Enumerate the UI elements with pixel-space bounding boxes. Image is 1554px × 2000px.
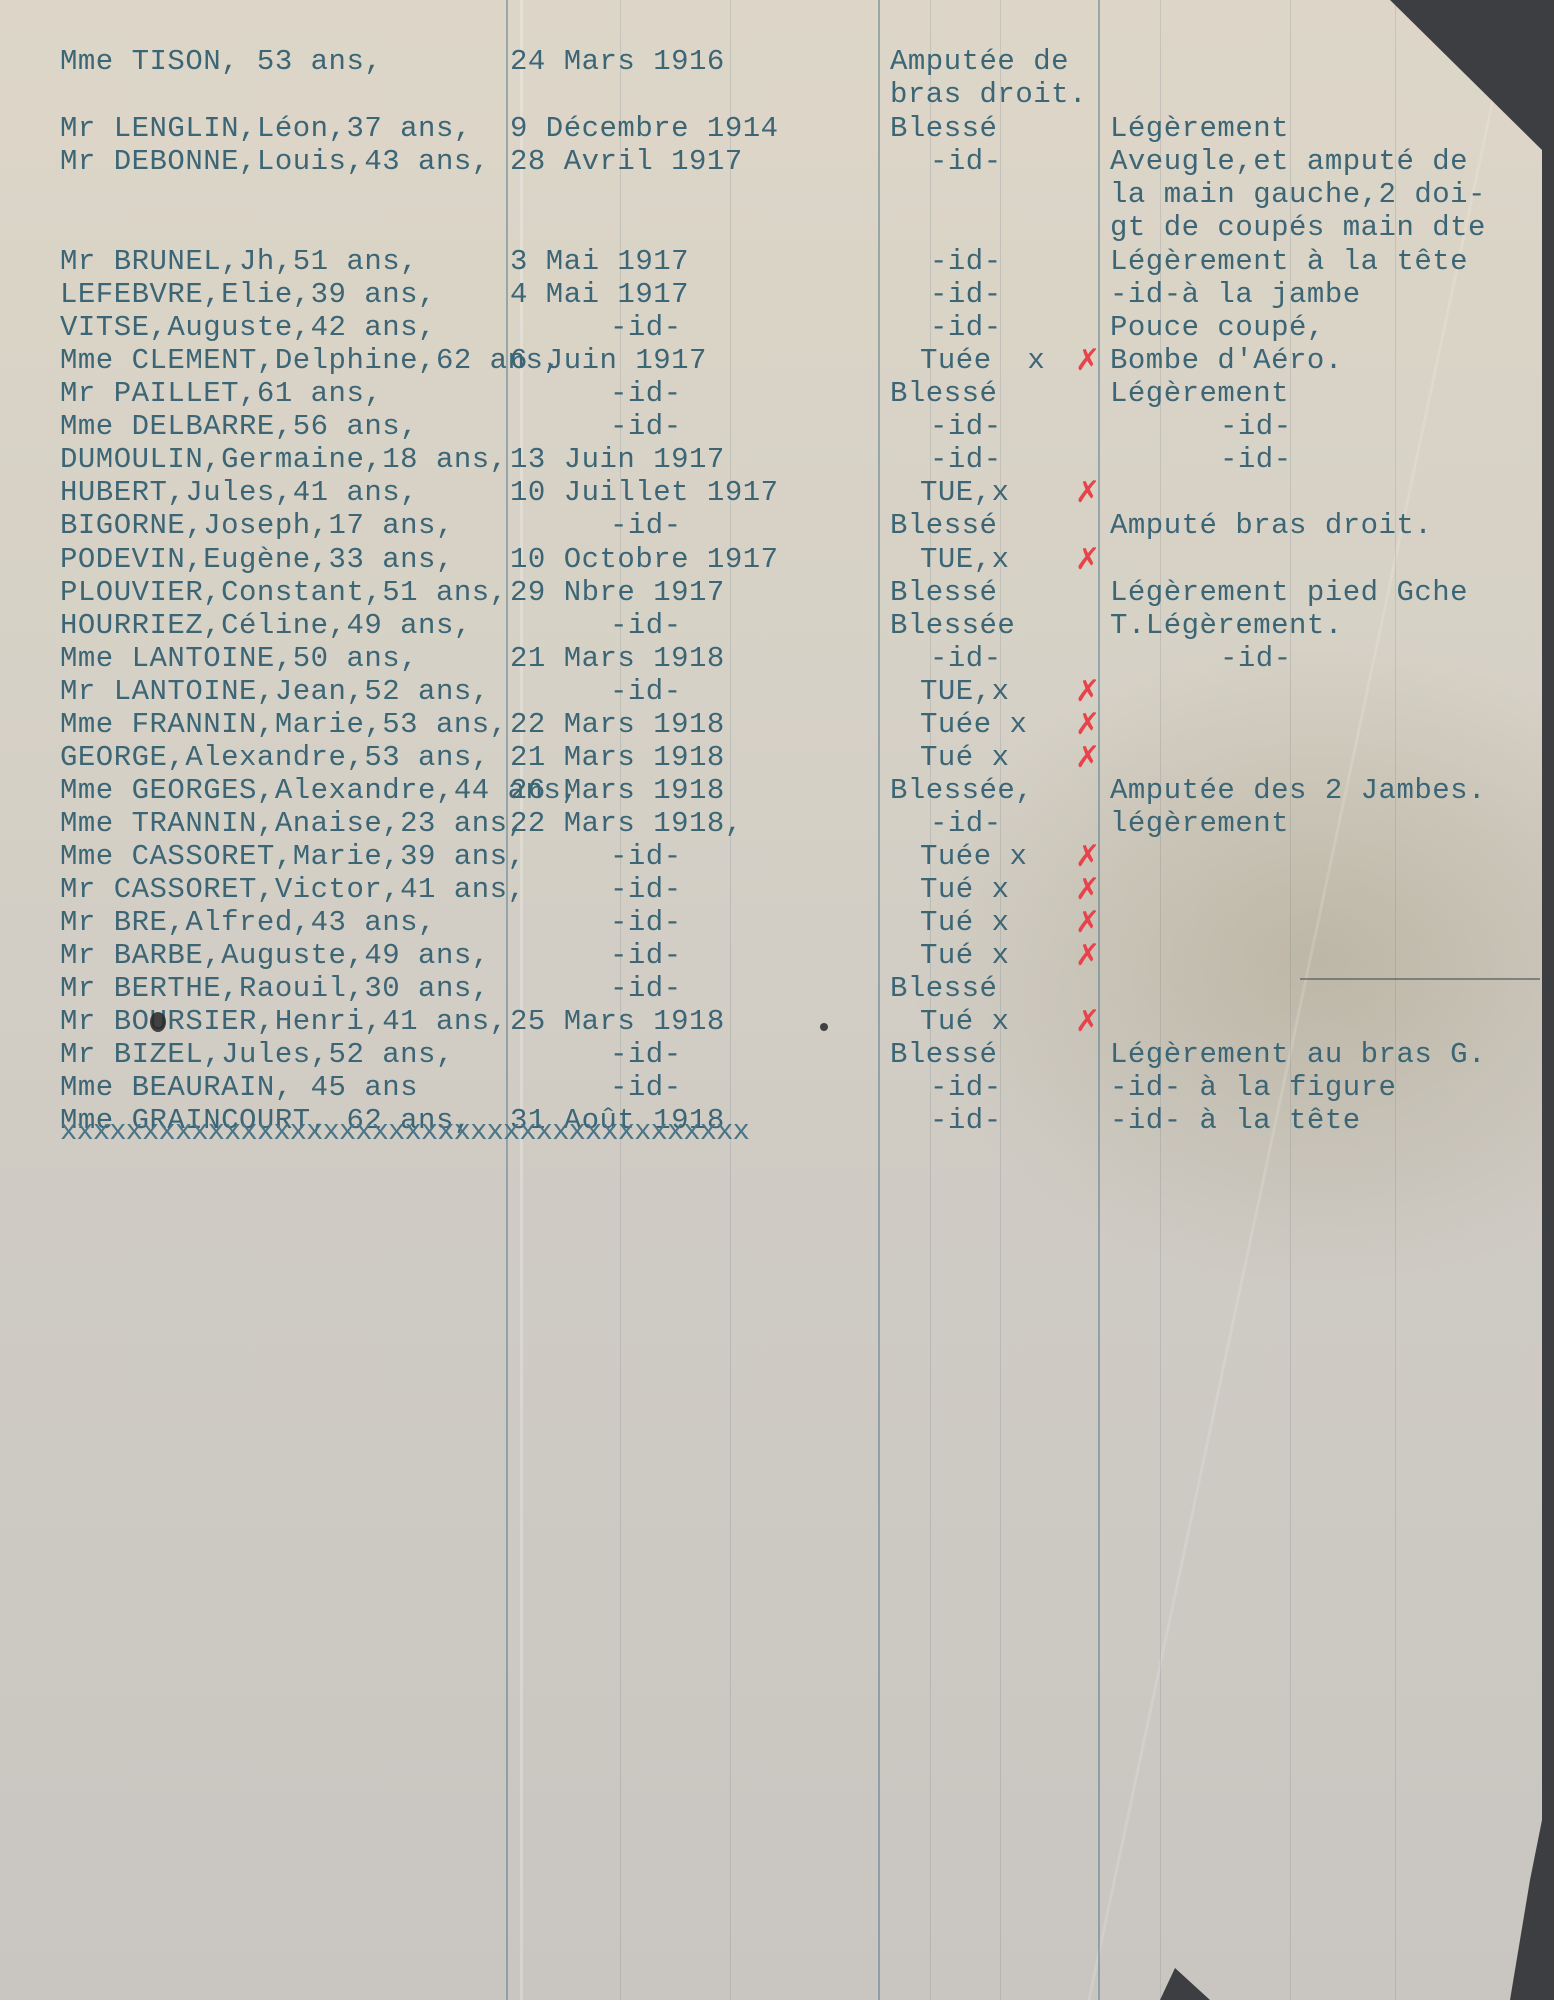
incident-date: 24 Mars 1916 [510, 45, 725, 78]
incident-date: -id- [610, 972, 682, 1005]
table-row: la main gauche,2 doi- [0, 178, 1554, 211]
injury-detail: légèrement [1110, 807, 1289, 840]
table-row: Mr CASSORET,Victor,41 ans,-id-Tué x✗ [0, 873, 1554, 906]
incident-date: 3 Mai 1917 [510, 245, 689, 278]
casualty-status: Tué x [920, 939, 1010, 972]
struck-out-line: xxxxxxxxxxxxxxxxxxxxxxxxxxxxxxxxxxxxxxxx… [60, 1115, 749, 1148]
casualty-status: -id- [930, 443, 1002, 476]
casualty-status: TUE,x [920, 543, 1010, 576]
incident-date: -id- [610, 509, 682, 542]
victim-name: GEORGE,Alexandre,53 ans, [60, 741, 490, 774]
incident-date: 22 Mars 1918, [510, 807, 743, 840]
incident-date: 29 Nbre 1917 [510, 576, 725, 609]
paper-tear [1300, 978, 1540, 980]
victim-name: Mme TISON, 53 ans, [60, 45, 382, 78]
incident-date: -id- [610, 609, 682, 642]
incident-date: -id- [610, 840, 682, 873]
red-cross-mark-icon: ✗ [1075, 840, 1101, 873]
table-row: Mme DELBARRE,56 ans,-id--id--id- [0, 410, 1554, 443]
injury-detail: Bombe d'Aéro. [1110, 344, 1343, 377]
red-cross-mark-icon: ✗ [1075, 906, 1101, 939]
victim-name: Mme CASSORET,Marie,39 ans, [60, 840, 525, 873]
casualty-status: Tuée x [920, 708, 1027, 741]
injury-detail: -id-à la jambe [1110, 278, 1361, 311]
victim-name: Mr LANTOINE,Jean,52 ans, [60, 675, 490, 708]
injury-detail: Aveugle,et amputé de [1110, 145, 1468, 178]
injury-detail: T.Légèrement. [1110, 609, 1343, 642]
incident-date: 26 Mars 1918 [510, 774, 725, 807]
table-row: Mme LANTOINE,50 ans,21 Mars 1918-id--id- [0, 642, 1554, 675]
victim-name: Mme BEAURAIN, 45 ans [60, 1071, 418, 1104]
injury-detail: -id- à la tête [1110, 1104, 1361, 1137]
table-row: Mr PAILLET,61 ans,-id-BlesséLégèrement [0, 377, 1554, 410]
victim-name: HUBERT,Jules,41 ans, [60, 476, 418, 509]
table-row: Mme GEORGES,Alexandre,44 ans,26 Mars 191… [0, 774, 1554, 807]
casualty-status: Blessée [890, 609, 1015, 642]
ink-blot [150, 1012, 166, 1032]
casualty-status: -id- [930, 807, 1002, 840]
incident-date: 9 Décembre 1914 [510, 112, 779, 145]
casualty-status: Blessé [890, 509, 997, 542]
injury-detail: la main gauche,2 doi- [1110, 178, 1486, 211]
casualty-status: TUE,x [920, 476, 1010, 509]
casualty-status: Blessé [890, 1038, 997, 1071]
victim-name: Mr BIZEL,Jules,52 ans, [60, 1038, 454, 1071]
incident-date: 22 Mars 1918 [510, 708, 725, 741]
victim-name: Mme LANTOINE,50 ans, [60, 642, 418, 675]
injury-detail: Amputée des 2 Jambes. [1110, 774, 1486, 807]
injury-detail: Légèrement au bras G. [1110, 1038, 1486, 1071]
incident-date: 10 Juillet 1917 [510, 476, 779, 509]
casualty-status: Amputée de [890, 45, 1069, 78]
injury-detail: Légèrement [1110, 377, 1289, 410]
incident-date: -id- [610, 939, 682, 972]
victim-name: Mr CASSORET,Victor,41 ans, [60, 873, 525, 906]
injury-detail: -id- à la figure [1110, 1071, 1396, 1104]
injury-detail: Amputé bras droit. [1110, 509, 1432, 542]
table-row: GEORGE,Alexandre,53 ans,21 Mars 1918Tué … [0, 741, 1554, 774]
table-row: BIGORNE,Joseph,17 ans,-id-BlesséAmputé b… [0, 509, 1554, 542]
injury-detail: Légèrement [1110, 112, 1289, 145]
victim-name: Mr BRUNEL,Jh,51 ans, [60, 245, 418, 278]
table-row: VITSE,Auguste,42 ans,-id--id-Pouce coupé… [0, 311, 1554, 344]
table-row: Mr LANTOINE,Jean,52 ans,-id-TUE,x✗ [0, 675, 1554, 708]
table-row: Mr BRUNEL,Jh,51 ans,3 Mai 1917-id-Légère… [0, 245, 1554, 278]
red-cross-mark-icon: ✗ [1075, 741, 1101, 774]
casualty-status: Blessé [890, 972, 997, 1005]
victim-name: Mr BOURSIER,Henri,41 ans, [60, 1005, 508, 1038]
table-row: bras droit. [0, 78, 1554, 111]
table-row: PLOUVIER,Constant,51 ans,29 Nbre 1917Ble… [0, 576, 1554, 609]
incident-date: -id- [610, 675, 682, 708]
document-page: Mme TISON, 53 ans,24 Mars 1916Amputée de… [0, 0, 1554, 2000]
casualty-status: Tué x [920, 873, 1010, 906]
incident-date: -id- [610, 873, 682, 906]
injury-detail: Légèrement pied Gche [1110, 576, 1468, 609]
table-row: Mr LENGLIN,Léon,37 ans,9 Décembre 1914Bl… [0, 112, 1554, 145]
victim-name: Mr BRE,Alfred,43 ans, [60, 906, 436, 939]
table-row: HOURRIEZ,Céline,49 ans,-id-BlesséeT.Légè… [0, 609, 1554, 642]
injury-detail: -id- [1220, 410, 1292, 443]
incident-date: 4 Mai 1917 [510, 278, 689, 311]
table-row: Mme CASSORET,Marie,39 ans,-id-Tuée x✗ [0, 840, 1554, 873]
casualty-status: -id- [930, 642, 1002, 675]
table-row: Mme CLEMENT,Delphine,62 ans,6 Juin 1917T… [0, 344, 1554, 377]
victim-name: Mr BARBE,Auguste,49 ans, [60, 939, 490, 972]
casualty-status: Blessé [890, 377, 997, 410]
table-row: Mr BERTHE,Raouil,30 ans,-id-Blessé [0, 972, 1554, 1005]
ink-blot [820, 1023, 828, 1031]
casualty-status: -id- [930, 1104, 1002, 1137]
casualty-status: -id- [930, 1071, 1002, 1104]
victim-name: BIGORNE,Joseph,17 ans, [60, 509, 454, 542]
casualty-status: Blessé [890, 576, 997, 609]
table-row: Mr BRE,Alfred,43 ans,-id-Tué x✗ [0, 906, 1554, 939]
incident-date: -id- [610, 377, 682, 410]
victim-name: PLOUVIER,Constant,51 ans, [60, 576, 508, 609]
table-row: Mr BIZEL,Jules,52 ans,-id-BlesséLégèreme… [0, 1038, 1554, 1071]
casualty-status: Blessée, [890, 774, 1033, 807]
incident-date: -id- [610, 311, 682, 344]
injury-detail: Pouce coupé, [1110, 311, 1325, 344]
incident-date: 10 Octobre 1917 [510, 543, 779, 576]
casualty-status: -id- [930, 245, 1002, 278]
table-row: Mme TISON, 53 ans,24 Mars 1916Amputée de [0, 45, 1554, 78]
incident-date: 21 Mars 1918 [510, 741, 725, 774]
red-cross-mark-icon: ✗ [1075, 708, 1101, 741]
victim-name: Mme GEORGES,Alexandre,44 ans, [60, 774, 579, 807]
casualty-status: -id- [930, 410, 1002, 443]
incident-date: 13 Juin 1917 [510, 443, 725, 476]
victim-name: Mme DELBARRE,56 ans, [60, 410, 418, 443]
injury-detail: Légèrement à la tête [1110, 245, 1468, 278]
incident-date: 25 Mars 1918 [510, 1005, 725, 1038]
table-row: Mr BOURSIER,Henri,41 ans,25 Mars 1918Tué… [0, 1005, 1554, 1038]
red-cross-mark-icon: ✗ [1075, 344, 1101, 377]
table-row: Mme BEAURAIN, 45 ans-id--id--id- à la fi… [0, 1071, 1554, 1104]
victim-name: Mr BERTHE,Raouil,30 ans, [60, 972, 490, 1005]
casualty-status: Blessé [890, 112, 997, 145]
table-row: DUMOULIN,Germaine,18 ans,13 Juin 1917-id… [0, 443, 1554, 476]
victim-name: Mme FRANNIN,Marie,53 ans, [60, 708, 508, 741]
incident-date: 6 Juin 1917 [510, 344, 707, 377]
incident-date: -id- [610, 1071, 682, 1104]
injury-detail: gt de coupés main dte [1110, 211, 1486, 244]
red-cross-mark-icon: ✗ [1075, 1005, 1101, 1038]
red-cross-mark-icon: ✗ [1075, 476, 1101, 509]
incident-date: 28 Avril 1917 [510, 145, 743, 178]
red-cross-mark-icon: ✗ [1075, 939, 1101, 972]
victim-name: Mr DEBONNE,Louis,43 ans, [60, 145, 490, 178]
red-cross-mark-icon: ✗ [1075, 873, 1101, 906]
injury-detail: -id- [1220, 443, 1292, 476]
casualty-status: TUE,x [920, 675, 1010, 708]
casualty-status: -id- [930, 311, 1002, 344]
injury-detail: -id- [1220, 642, 1292, 675]
incident-date: -id- [610, 906, 682, 939]
victim-name: Mme TRANNIN,Anaise,23 ans, [60, 807, 525, 840]
victim-name: VITSE,Auguste,42 ans, [60, 311, 436, 344]
table-row: Mme FRANNIN,Marie,53 ans,22 Mars 1918Tué… [0, 708, 1554, 741]
red-cross-mark-icon: ✗ [1075, 675, 1101, 708]
victim-name: DUMOULIN,Germaine,18 ans, [60, 443, 508, 476]
table-row: Mr DEBONNE,Louis,43 ans,28 Avril 1917-id… [0, 145, 1554, 178]
casualty-status: Tué x [920, 1005, 1010, 1038]
victim-name: Mr PAILLET,61 ans, [60, 377, 382, 410]
table-row: gt de coupés main dte [0, 211, 1554, 244]
casualty-status: Tuée x [920, 344, 1045, 377]
victim-name: Mme CLEMENT,Delphine,62 ans, [60, 344, 561, 377]
table-row: Mr BARBE,Auguste,49 ans,-id-Tué x✗ [0, 939, 1554, 972]
casualty-status: -id- [930, 278, 1002, 311]
table-row: HUBERT,Jules,41 ans,10 Juillet 1917TUE,x… [0, 476, 1554, 509]
table-row: Mme TRANNIN,Anaise,23 ans,22 Mars 1918,-… [0, 807, 1554, 840]
incident-date: -id- [610, 1038, 682, 1071]
victim-name: PODEVIN,Eugène,33 ans, [60, 543, 454, 576]
victim-name: HOURRIEZ,Céline,49 ans, [60, 609, 472, 642]
incident-date: 21 Mars 1918 [510, 642, 725, 675]
incident-date: -id- [610, 410, 682, 443]
table-row: LEFEBVRE,Elie,39 ans,4 Mai 1917-id--id-à… [0, 278, 1554, 311]
casualty-status: Tuée x [920, 840, 1027, 873]
casualty-status: Tué x [920, 741, 1010, 774]
victim-name: LEFEBVRE,Elie,39 ans, [60, 278, 436, 311]
victim-name: Mr LENGLIN,Léon,37 ans, [60, 112, 472, 145]
casualty-status: Tué x [920, 906, 1010, 939]
casualty-status: bras droit. [890, 78, 1087, 111]
table-row: PODEVIN,Eugène,33 ans,10 Octobre 1917TUE… [0, 543, 1554, 576]
red-cross-mark-icon: ✗ [1075, 543, 1101, 576]
casualty-status: -id- [930, 145, 1002, 178]
